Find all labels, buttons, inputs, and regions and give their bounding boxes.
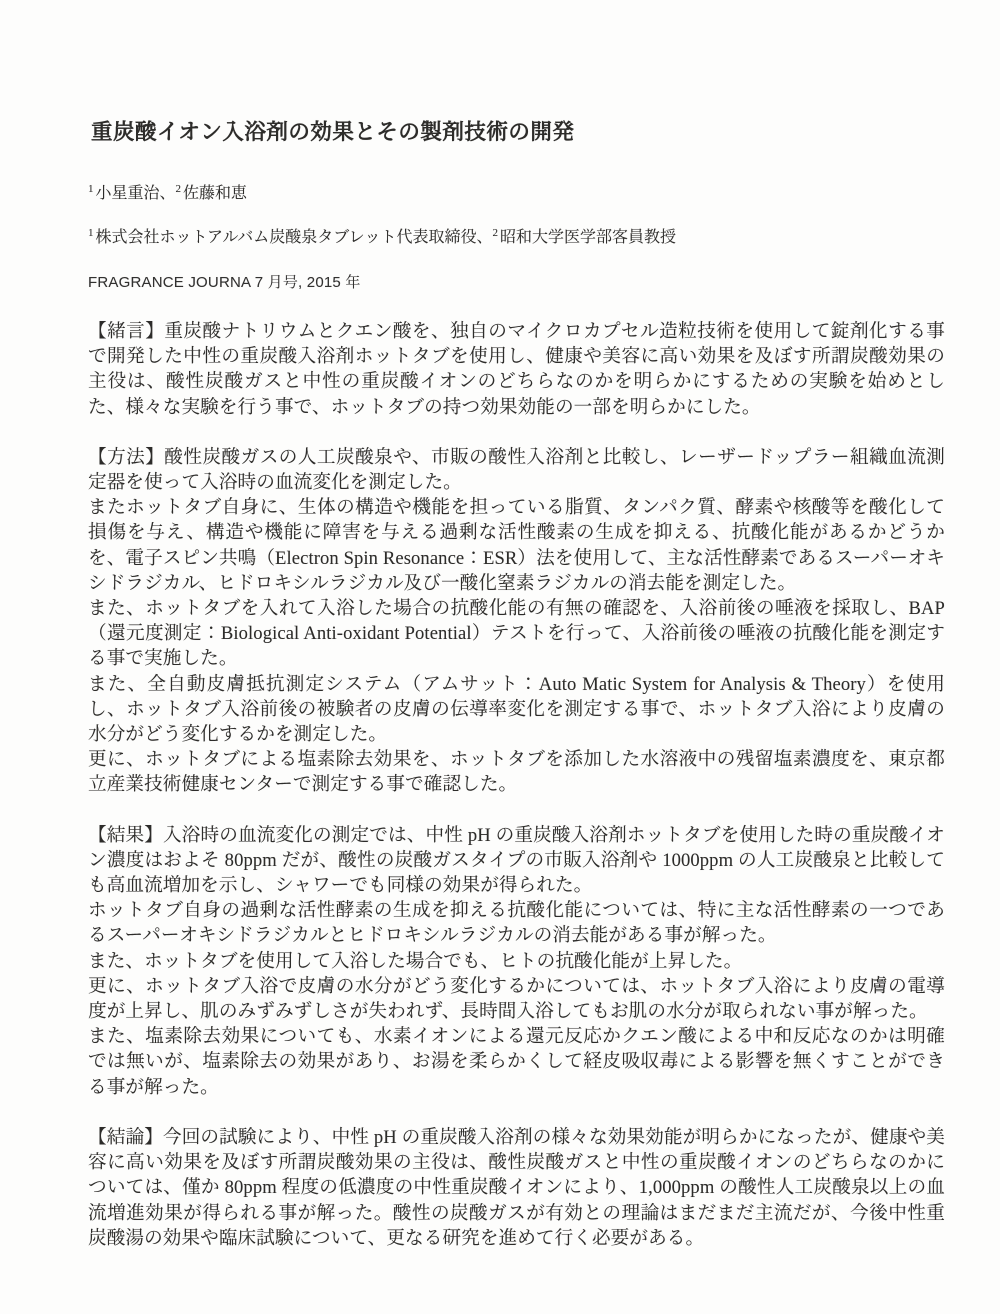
journal-citation-line: FRAGRANCE JOURNA 7 月号, 2015 年 bbox=[88, 272, 945, 294]
section-introduction: 【緒言】重炭酸ナトリウムとクエン酸を、独自のマイクロカプセル造粒技術を使用して錠… bbox=[88, 319, 945, 420]
author-2-superscript: 2 bbox=[176, 183, 182, 195]
section-results: 【結果】入浴時の血流変化の測定では、中性 pH の重炭酸入浴剤ホットタブを使用し… bbox=[88, 823, 945, 1100]
scanned-document-page: 重炭酸イオン入浴剤の効果とその製剤技術の開発 1小星重治、2佐藤和恵 1株式会社… bbox=[0, 0, 1000, 1314]
methods-paragraph-2: またホットタブ自身に、生体の構造や機能を担っている脂質、タンパク質、酵素や核酸等… bbox=[88, 495, 945, 596]
introduction-paragraph: 【緒言】重炭酸ナトリウムとクエン酸を、独自のマイクロカプセル造粒技術を使用して錠… bbox=[88, 319, 945, 420]
methods-paragraph-3: また、ホットタブを入れて入浴した場合の抗酸化能の有無の確認を、入浴前後の唾液を採… bbox=[88, 596, 945, 672]
affiliation-2-text: 昭和大学医学部客員教授 bbox=[500, 229, 676, 246]
conclusion-paragraph: 【結論】今回の試験により、中性 pH の重炭酸入浴剤の様々な効果効能が明らかにな… bbox=[88, 1125, 945, 1251]
results-paragraph-2: ホットタブ自身の過剰な活性酵素の生成を抑える抗酸化能については、特に主な活性酵素… bbox=[88, 898, 945, 948]
results-paragraph-4: 更に、ホットタブ入浴で皮膚の水分がどう変化するかについては、ホットタブ入浴により… bbox=[88, 974, 945, 1024]
methods-paragraph-4: また、全自動皮膚抵抗測定システム（アムサット：Auto Matic System… bbox=[88, 672, 945, 748]
document-title: 重炭酸イオン入浴剤の効果とその製剤技術の開発 bbox=[91, 118, 945, 146]
author-2-name: 佐藤和恵 bbox=[183, 185, 247, 202]
results-paragraph-1: 【結果】入浴時の血流変化の測定では、中性 pH の重炭酸入浴剤ホットタブを使用し… bbox=[88, 823, 945, 899]
results-paragraph-5: また、塩素除去効果についても、水素イオンによる還元反応かクエン酸による中和反応な… bbox=[88, 1024, 945, 1100]
author-1-name: 小星重治 bbox=[96, 185, 160, 202]
affiliations-separator: 、 bbox=[476, 229, 492, 246]
affiliation-2-superscript: 2 bbox=[492, 227, 498, 239]
authors-separator: 、 bbox=[160, 185, 176, 202]
affiliations-line: 1株式会社ホットアルバム炭酸泉タブレット代表取締役、2昭和大学医学部客員教授 bbox=[88, 227, 945, 249]
affiliation-1-superscript: 1 bbox=[88, 227, 94, 239]
section-methods: 【方法】酸性炭酸ガスの人工炭酸泉や、市販の酸性入浴剤と比較し、レーザードップラー… bbox=[88, 445, 945, 798]
authors-line: 1小星重治、2佐藤和恵 bbox=[88, 183, 945, 205]
affiliation-1-text: 株式会社ホットアルバム炭酸泉タブレット代表取締役 bbox=[96, 229, 477, 246]
results-paragraph-3: また、ホットタブを使用して入浴した場合でも、ヒトの抗酸化能が上昇した。 bbox=[88, 949, 945, 974]
author-1-superscript: 1 bbox=[88, 183, 94, 195]
methods-paragraph-1: 【方法】酸性炭酸ガスの人工炭酸泉や、市販の酸性入浴剤と比較し、レーザードップラー… bbox=[88, 445, 945, 495]
methods-paragraph-5: 更に、ホットタブによる塩素除去効果を、ホットタブを添加した水溶液中の残留塩素濃度… bbox=[88, 747, 945, 797]
section-conclusion: 【結論】今回の試験により、中性 pH の重炭酸入浴剤の様々な効果効能が明らかにな… bbox=[88, 1125, 945, 1251]
